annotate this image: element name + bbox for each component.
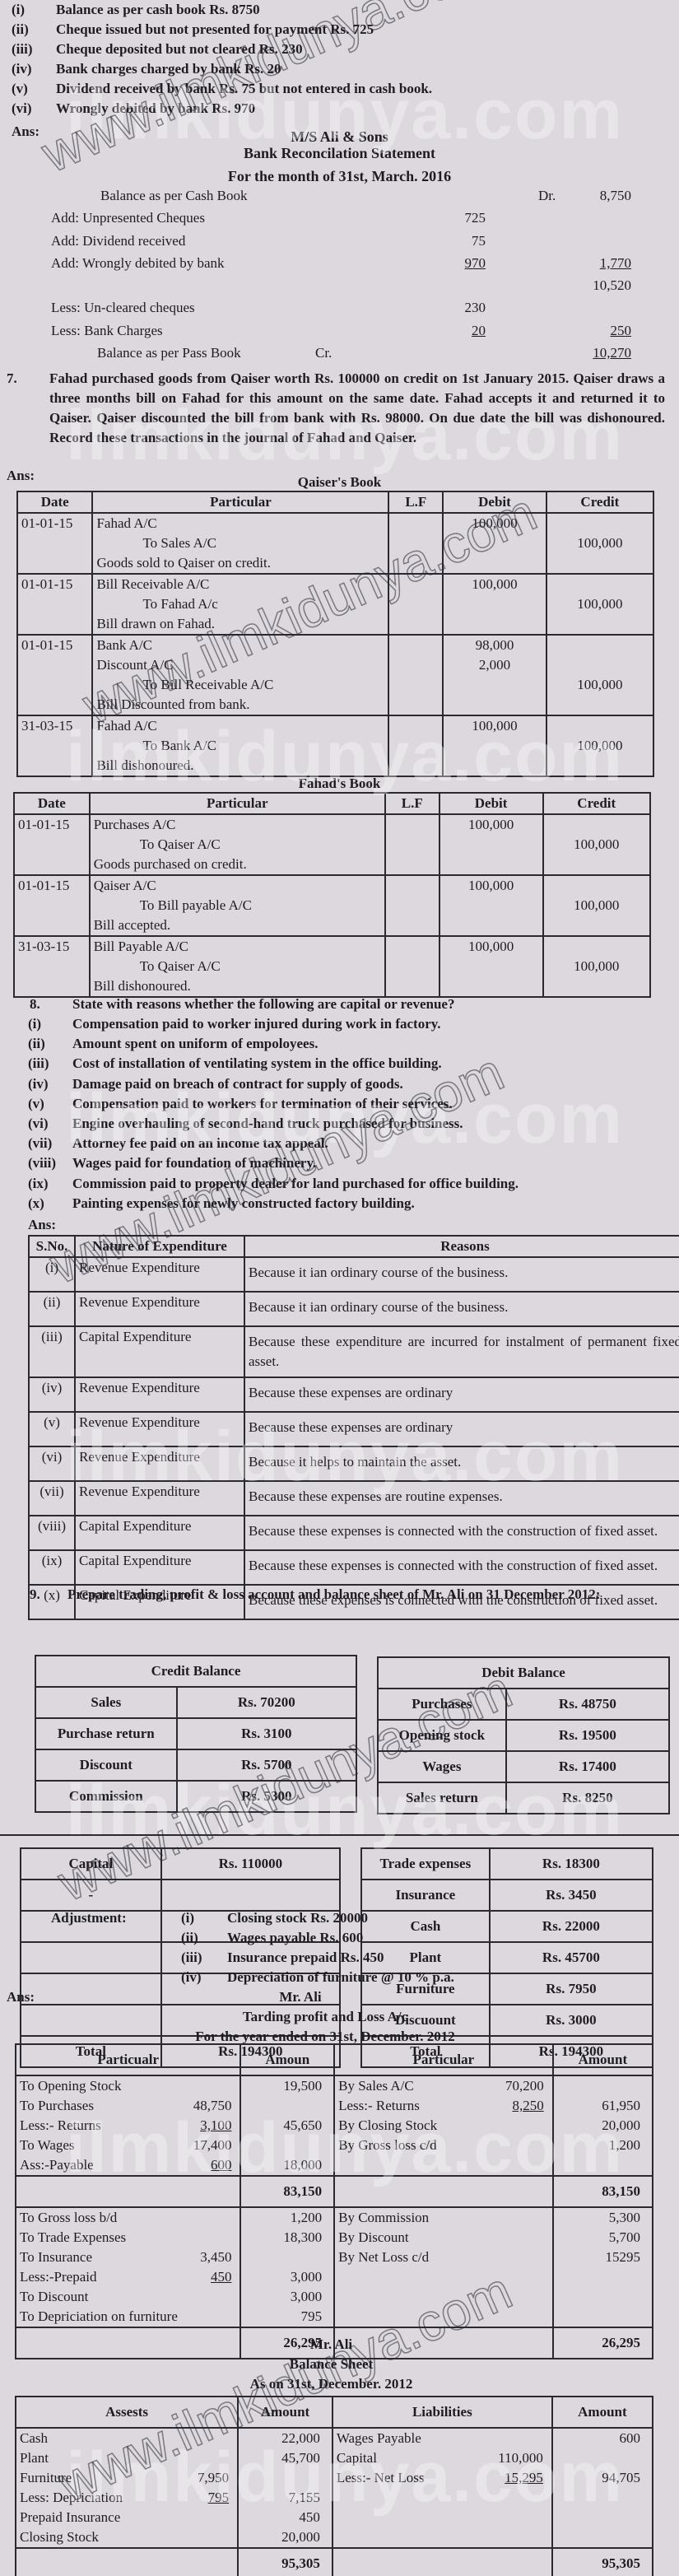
debit-value — [444, 915, 539, 935]
particular-line: To Wages17,400 — [20, 2136, 236, 2155]
item-text: Cost of installation of ventilating syst… — [72, 1054, 442, 1074]
journal-entry-row: 31-03-15Bill Payable A/CTo Qaiser A/CBil… — [14, 936, 650, 997]
debit-value — [447, 675, 542, 695]
amount-value: 18,300 — [244, 2228, 322, 2248]
debit-value: 100,000 — [447, 716, 542, 736]
balance-amount: Rs. 3100 — [177, 1718, 356, 1749]
sub-amount: 8,250 — [512, 2096, 543, 2116]
particular-line: Plant — [20, 2448, 234, 2468]
list-item: (vii)Attorney fee paid on an income tax … — [28, 1134, 670, 1153]
nature-of-expenditure: Revenue Expenditure — [75, 1292, 244, 1326]
expenditure-row: (i)Revenue ExpenditureBecause it ian ord… — [29, 1257, 679, 1292]
amount-value: 18,000 — [244, 2155, 322, 2175]
adjustment-label: Adjustment: — [51, 1908, 127, 1928]
row-label: Balance as per Cash Book — [100, 188, 247, 204]
row-amount: 8,750 — [600, 188, 631, 204]
amount-value: 61,950 — [557, 2096, 640, 2116]
col-header: Amount — [238, 2397, 333, 2428]
entry-date: 31-03-15 — [14, 936, 90, 997]
item-number: (i) — [181, 1908, 222, 1928]
credit-value — [551, 575, 649, 594]
amount-value — [557, 2307, 640, 2327]
amount-value: 1,200 — [557, 2136, 640, 2155]
amount-value: 5,300 — [557, 2208, 640, 2228]
entry-debit: 100,000 — [443, 574, 546, 635]
balance-amount: Rs. 5700 — [177, 1749, 356, 1781]
list-item: (iv)Damage paid on breach of contract fo… — [28, 1074, 670, 1094]
debit-value: 100,000 — [444, 937, 539, 957]
expenditure-row: (vii)Revenue ExpenditureBecause these ex… — [29, 1481, 679, 1516]
col-header: Particular — [92, 491, 388, 513]
col-header: Credit — [546, 491, 653, 513]
list-item: (ii)Cheque issued but not presented for … — [12, 20, 670, 40]
col-header: Assests — [16, 2397, 238, 2428]
particular-label: To Insurance — [20, 2249, 92, 2265]
item-text: Cheque issued but not presented for paym… — [56, 20, 374, 40]
particular-line: To Bill Receivable A/C — [96, 675, 384, 695]
journal-entry-row: 01-01-15Qaiser A/CTo Bill payable A/CBil… — [14, 875, 650, 936]
particular-label: Less:- Returns — [20, 2117, 101, 2133]
row-sub-amount: 230 — [465, 300, 486, 316]
particular-label: By Gross loss c/d — [338, 2137, 436, 2153]
bs-title: Balance Sheet — [0, 2355, 663, 2374]
amount-value: 20,000 — [242, 2527, 320, 2547]
entry-particulars: Purchases A/CTo Qaiser A/CGoods purchase… — [90, 814, 385, 875]
credit-value: 100,000 — [551, 594, 649, 614]
entry-ledger-folio — [385, 875, 439, 936]
serial-number: (viii) — [29, 1516, 75, 1550]
particular-line: Ass:-Payable600 — [20, 2155, 236, 2175]
debit-value: 98,000 — [447, 636, 542, 655]
item-number: (iv) — [12, 59, 53, 79]
debit-value — [447, 695, 542, 715]
list-item: (v)Dividend received by bank Rs. 75 but … — [12, 79, 670, 99]
debit-value: 100,000 — [444, 876, 539, 896]
col-header: Credit — [543, 793, 650, 814]
amount-value: 15295 — [557, 2248, 640, 2267]
amount-value — [244, 2248, 322, 2267]
reason: Because these expenses are ordinary — [244, 1412, 679, 1446]
entry-particulars: Bank A/CDiscount A/CTo Bill Receivable A… — [92, 635, 388, 715]
amount-value — [556, 2508, 640, 2527]
entry-ledger-folio — [388, 715, 443, 776]
list-item: (vi)Engine overhauling of second-hand tr… — [28, 1114, 670, 1134]
credit-value — [551, 695, 649, 715]
col-header: Amoun — [240, 2044, 334, 2075]
entry-date: 31-03-15 — [17, 715, 92, 776]
particulars-cell: By CommissionBy DiscountBy Net Loss c/d — [334, 2207, 553, 2327]
t-account-table: ParticualrAmounParticularAmountTo Openin… — [15, 2043, 653, 2359]
t-account-section: To Opening StockTo Purchases48,750Less:-… — [16, 2075, 653, 2176]
document-page: (i)Balance as per cash book Rs. 8750(ii)… — [0, 0, 679, 2576]
particular-line: To Qaiser A/C — [94, 957, 381, 976]
credit-value — [551, 716, 649, 736]
col-header: S.No. — [29, 1236, 75, 1257]
balance-amount: Rs. 8250 — [506, 1782, 669, 1814]
total-left: 95,305 — [238, 2548, 333, 2576]
bank-reconciliation-statement: Balance as per Cash BookDr.8,750Add: Unp… — [0, 188, 679, 366]
row-sub-amount: 970 — [465, 255, 486, 272]
journal-entry-row: 01-01-15Bank A/CDiscount A/CTo Bill Rece… — [17, 635, 653, 715]
sub-amount: 15,295 — [505, 2468, 543, 2488]
entry-ledger-folio — [388, 513, 443, 574]
item-number: (i) — [28, 1014, 69, 1034]
balance-account: Purchases — [378, 1689, 506, 1720]
particular-line: Fahad A/C — [96, 514, 384, 533]
debit-value — [447, 553, 542, 573]
list-item: (iv)Depreciation of furniture @ 10 % p.a… — [181, 1968, 593, 1987]
particulars-cell: By Sales A/C70,200Less:- Returns8,250By … — [334, 2075, 553, 2176]
balance-amount: Rs. 70200 — [177, 1687, 356, 1718]
particular-label: Ass:-Payable — [20, 2157, 94, 2173]
particular-line — [338, 2267, 549, 2287]
item-text: Engine overhauling of second-hand truck … — [72, 1114, 463, 1134]
particular-line — [337, 2527, 548, 2547]
particular-label: By Net Loss c/d — [338, 2249, 429, 2265]
list-item: (i)Compensation paid to worker injured d… — [28, 1014, 670, 1034]
particular-line: To Trade Expenses — [20, 2228, 236, 2248]
credit-value — [551, 636, 649, 655]
amount-value: 3,000 — [244, 2287, 322, 2307]
row-side: Dr. — [538, 188, 556, 204]
particular-line: Less: Depriciation795 — [20, 2488, 234, 2508]
entry-debit: 100,000 — [443, 715, 546, 776]
blank-cell — [16, 2548, 238, 2576]
debit-value — [444, 957, 539, 976]
list-item: (v)Compensation paid to workers for term… — [28, 1094, 670, 1114]
amount-value — [557, 2287, 640, 2307]
balance-row: SalesRs. 70200 — [35, 1687, 356, 1718]
particular-label: Wages Payable — [337, 2430, 421, 2446]
nature-of-expenditure: Revenue Expenditure — [75, 1446, 244, 1481]
credit-value: 100,000 — [551, 736, 649, 756]
balance-amount — [161, 1880, 340, 1911]
entry-ledger-folio — [388, 635, 443, 715]
item-text: Damage paid on breach of contract for su… — [72, 1074, 403, 1094]
debit-value: 100,000 — [444, 815, 539, 835]
col-header: Date — [14, 793, 90, 814]
item-number: (iii) — [28, 1054, 69, 1074]
credit-value — [551, 514, 649, 533]
balance-row: DiscountRs. 5700 — [35, 1749, 356, 1781]
amount-value: 795 — [244, 2307, 322, 2327]
particular-line: Capital110,000 — [337, 2448, 548, 2468]
item-number: (ix) — [28, 1174, 69, 1194]
particular-line: Discount A/C — [96, 655, 384, 675]
col-header: Debit — [439, 793, 543, 814]
row-label: Add: Wrongly debited by bank — [51, 255, 225, 272]
list-item: (iii)Cheque deposited but not cleared Rs… — [12, 40, 670, 59]
table-header-row: DateParticularL.FDebitCredit — [14, 793, 650, 814]
balance-account: Sales — [35, 1687, 177, 1718]
particular-label: By Sales A/C — [338, 2078, 414, 2094]
row-sub-amount: 75 — [472, 233, 486, 249]
item-number: (i) — [12, 0, 53, 20]
particular-line: Fahad A/C — [96, 716, 384, 736]
col-header: Nature of Expenditure — [75, 1236, 244, 1257]
table-title: Credit Balance — [35, 1656, 356, 1687]
particular-line: To Depriciation on furniture — [20, 2307, 236, 2327]
sub-amount: 7,950 — [198, 2468, 229, 2488]
credit-value — [551, 756, 649, 776]
particular-line: Closing Stock — [20, 2527, 234, 2547]
credit-value: 100,000 — [547, 896, 646, 915]
particular-line — [338, 2155, 549, 2175]
t-account-header: ParticualrAmounParticularAmount — [16, 2044, 653, 2075]
particular-label: Plant — [20, 2450, 49, 2466]
item-number: (vi) — [28, 1114, 69, 1134]
credit-value — [547, 976, 646, 996]
balance-account — [21, 1973, 161, 2005]
serial-number: (iii) — [29, 1326, 75, 1377]
amount-value: 94,705 — [556, 2468, 640, 2488]
particular-label: To Discount — [20, 2289, 88, 2304]
entry-date: 01-01-15 — [14, 875, 90, 936]
credit-value — [547, 855, 646, 874]
list-item: (ii)Wages payable Rs. 600 — [181, 1928, 593, 1948]
reason: Because it ian ordinary course of the bu… — [244, 1292, 679, 1326]
credit-balance-table: Credit BalanceSalesRs. 70200Purchase ret… — [35, 1655, 357, 1813]
particular-line: Bill accepted. — [94, 915, 381, 935]
item-number: (ii) — [12, 20, 53, 40]
particular-label: Less:- Net Loss — [337, 2470, 425, 2485]
balance-account: - — [21, 1880, 161, 1911]
balance-account: Sales return — [378, 1782, 506, 1814]
amount-value — [242, 2468, 320, 2488]
entry-debit: 100,000 — [439, 875, 543, 936]
entry-particulars: Fahad A/CTo Sales A/CGoods sold to Qaise… — [92, 513, 388, 574]
credit-value — [551, 614, 649, 634]
amount-value — [557, 2267, 640, 2287]
particular-label: To Wages — [20, 2137, 75, 2153]
nature-of-expenditure: Capital Expenditure — [75, 1550, 244, 1585]
particular-line: By Discount — [338, 2228, 549, 2248]
balance-amount: Rs. 3450 — [490, 1880, 653, 1911]
item-number: (iv) — [181, 1968, 222, 1987]
credit-value — [547, 937, 646, 957]
amount-cell: 19,50045,65018,000 — [240, 2075, 334, 2176]
row-sub-amount: 725 — [465, 210, 486, 226]
particular-line: By Commission — [338, 2208, 549, 2228]
q6-statement-period: For the month of 31st, March. 2016 — [0, 166, 679, 186]
reason: Because it helps to maintain the asset. — [244, 1446, 679, 1481]
journal-entry-row: 31-03-15Fahad A/CTo Bank A/CBill dishono… — [17, 715, 653, 776]
balance-amount: Rs. 48750 — [506, 1689, 669, 1720]
item-number: (vii) — [28, 1134, 69, 1153]
amount-value — [244, 2096, 322, 2116]
amount-value — [557, 2155, 640, 2175]
amount-value: 1,200 — [244, 2208, 322, 2228]
particular-label: By Discount — [338, 2229, 408, 2245]
t-account-table: AssestsAmountLiabilitiesAmountCashPlantF… — [15, 2396, 653, 2576]
particular-line: Prepaid Insurance — [20, 2508, 234, 2527]
entry-date: 01-01-15 — [17, 513, 92, 574]
q9-question: Prepare trading, profit & loss account a… — [67, 1585, 679, 1605]
item-text: Compensation paid to worker injured duri… — [72, 1014, 441, 1034]
debit-value: 100,000 — [447, 514, 542, 533]
row-amount: 10,270 — [593, 345, 631, 361]
particulars-cell: CashPlantFurniture7,950Less: Depriciatio… — [16, 2428, 238, 2548]
row-label: Balance as per Pass Book — [97, 345, 241, 361]
row-label: Less: Un-cleared cheques — [51, 300, 195, 316]
particular-line: By Sales A/C70,200 — [338, 2076, 549, 2096]
particular-line: Cash — [20, 2429, 234, 2448]
expenditure-table: S.No.Nature of ExpenditureReasons(i)Reve… — [28, 1235, 679, 1620]
balance-account: Opening stock — [378, 1720, 506, 1751]
nature-of-expenditure: Capital Expenditure — [75, 1516, 244, 1550]
col-header: L.F — [385, 793, 439, 814]
credit-value — [547, 815, 646, 835]
balance-row: PurchasesRs. 48750 — [378, 1689, 669, 1720]
statement-row: Balance as per Cash BookDr.8,750 — [0, 188, 679, 210]
qaiser-book-title: Qaiser's Book — [0, 473, 679, 492]
entry-credit: 100,000 — [543, 936, 650, 997]
debit-value — [444, 835, 539, 855]
debit-value — [447, 594, 542, 614]
col-header: Liabilities — [333, 2397, 552, 2428]
amount-value — [556, 2488, 640, 2508]
row-side: Cr. — [315, 345, 332, 361]
item-number: (iv) — [28, 1074, 69, 1094]
sub-amount: 70,200 — [505, 2076, 544, 2096]
entry-credit: 100,000 — [546, 513, 653, 574]
entry-ledger-folio — [385, 936, 439, 997]
sub-amount: 600 — [211, 2155, 232, 2175]
total-row: 95,30595,305 — [16, 2548, 653, 2576]
blank-cell — [16, 2176, 240, 2207]
particular-label: Furniture — [20, 2470, 72, 2485]
particular-line: Purchases A/C — [94, 815, 381, 835]
balance-row: CapitalRs. 110000 — [21, 1848, 340, 1880]
entry-credit: 100,000 — [546, 715, 653, 776]
particular-line: To Qaiser A/C — [94, 835, 381, 855]
list-item: (i)Balance as per cash book Rs. 8750 — [12, 0, 670, 20]
debit-value — [447, 533, 542, 553]
particular-line: To Sales A/C — [96, 533, 384, 553]
amount-cell: 60094,705 — [552, 2428, 653, 2548]
adjustments-list: (i)Closing stock Rs. 20000(ii)Wages paya… — [181, 1908, 593, 1987]
particular-label: Less:- Returns — [338, 2098, 420, 2113]
bs-period: As on 31st, December. 2012 — [0, 2374, 663, 2394]
sub-amount: 110,000 — [498, 2448, 543, 2468]
amount-value — [556, 2448, 640, 2468]
amount-value: 3,000 — [244, 2267, 322, 2287]
item-text: Balance as per cash book Rs. 8750 — [56, 0, 260, 20]
q7-number: 7. — [7, 369, 17, 389]
balance-row: - — [21, 1880, 340, 1911]
row-amount: 250 — [611, 323, 632, 339]
balance-row: Opening stockRs. 19500 — [378, 1720, 669, 1751]
particular-line: Bill Discounted from bank. — [96, 695, 384, 715]
amount-value: 45,650 — [244, 2116, 322, 2136]
statement-row: Add: Wrongly debited by bank9701,770 — [0, 255, 679, 277]
credit-value: 100,000 — [547, 835, 646, 855]
entry-credit: 100,000 — [546, 635, 653, 715]
balance-row: WagesRs. 17400 — [378, 1751, 669, 1782]
col-header: Particular — [334, 2044, 553, 2075]
item-text: Attorney fee paid on an income tax appea… — [72, 1134, 328, 1153]
amount-value: 19,500 — [244, 2076, 322, 2096]
particulars-cell: To Opening StockTo Purchases48,750Less:-… — [16, 2075, 240, 2176]
balance-row: Sales returnRs. 8250 — [378, 1782, 669, 1814]
balance-row: InsuranceRs. 3450 — [361, 1880, 653, 1911]
particular-line: Less:-Prepaid450 — [20, 2267, 236, 2287]
credit-value: 100,000 — [551, 533, 649, 553]
serial-number: (vi) — [29, 1446, 75, 1481]
amount-value: 7,155 — [242, 2488, 320, 2508]
item-text: Depreciation of furniture @ 10 % p.a. — [227, 1968, 454, 1987]
item-text: Closing stock Rs. 20000 — [227, 1908, 368, 1928]
table-title-row: Credit Balance — [35, 1656, 356, 1687]
col-header: Particualr — [16, 2044, 240, 2075]
expenditure-row: (v)Revenue ExpenditureBecause these expe… — [29, 1412, 679, 1446]
divider — [0, 1834, 679, 1836]
balance-amount: Rs. 110000 — [161, 1848, 340, 1880]
amount-cell: 22,00045,7007,15545020,000 — [238, 2428, 333, 2548]
particular-line: Bill Payable A/C — [94, 937, 381, 957]
particular-label: Less:-Prepaid — [20, 2269, 96, 2285]
balance-account: Capital — [21, 1848, 161, 1880]
list-item: (ii)Amount spent on uniform of empoloyee… — [28, 1034, 670, 1054]
list-item: (iii)Cost of installation of ventilating… — [28, 1054, 670, 1074]
t-account-section: To Gross loss b/dTo Trade ExpensesTo Ins… — [16, 2207, 653, 2327]
item-text: Insurance prepaid Rs. 450 — [227, 1948, 384, 1968]
particular-label: Capital — [337, 2450, 377, 2466]
item-number: (v) — [28, 1094, 69, 1114]
particular-line: To Purchases48,750 — [20, 2096, 236, 2116]
statement-row: Balance as per Pass BookCr.10,270 — [0, 345, 679, 366]
list-item: (x)Painting expenses for newly construct… — [28, 1194, 670, 1213]
sub-amount: 795 — [208, 2488, 230, 2508]
total-right: 95,305 — [552, 2548, 653, 2576]
balance-row: CommissionRs. 5300 — [35, 1781, 356, 1812]
item-text: Painting expenses for newly constructed … — [72, 1194, 415, 1213]
statement-row: Less: Un-cleared cheques230 — [0, 300, 679, 322]
total-left: 83,150 — [240, 2176, 334, 2207]
item-text: Wrongly debited by bank Rs. 970 — [56, 99, 255, 119]
table-title: Debit Balance — [378, 1657, 669, 1689]
journal-entry-row: 01-01-15Bill Receivable A/CTo Fahad A/cB… — [17, 574, 653, 635]
particular-label: Prepaid Insurance — [20, 2509, 120, 2525]
table-header-row: S.No.Nature of ExpenditureReasons — [29, 1236, 679, 1257]
amount-value: 450 — [242, 2508, 320, 2527]
list-item: (ix)Commission paid to property dealer f… — [28, 1174, 670, 1194]
particular-line: Goods sold to Qaiser on credit. — [96, 553, 384, 573]
entry-date: 01-01-15 — [17, 574, 92, 635]
particular-line: Goods purchased on credit. — [94, 855, 381, 874]
q9-number: 9. — [30, 1585, 40, 1605]
sub-amount: 3,450 — [200, 2248, 231, 2267]
list-item: (vi)Wrongly debited by bank Rs. 970 — [12, 99, 670, 119]
statement-row: 10,520 — [0, 277, 679, 300]
list-item: (iv)Bank charges charged by bank Rs. 20 — [12, 59, 670, 79]
serial-number: (v) — [29, 1412, 75, 1446]
balance-amount: Rs. 17400 — [506, 1751, 669, 1782]
statement-row: Less: Bank Charges20250 — [0, 323, 679, 345]
expenditure-row: (vi)Revenue ExpenditureBecause it helps … — [29, 1446, 679, 1481]
item-text: Cheque deposited but not cleared Rs. 230 — [56, 40, 303, 59]
entry-debit: 98,0002,000 — [443, 635, 546, 715]
entry-credit: 100,000 — [543, 875, 650, 936]
debit-value — [444, 896, 539, 915]
particular-label: Less: Depriciation — [20, 2490, 123, 2505]
reason: Because these expenses are ordinary — [244, 1377, 679, 1412]
sub-amount: 48,750 — [193, 2096, 232, 2116]
particular-line: Bill dishonoured. — [96, 756, 384, 776]
particular-line: Bill Receivable A/C — [96, 575, 384, 594]
expenditure-row: (iv)Revenue ExpenditureBecause these exp… — [29, 1377, 679, 1412]
credit-value: 100,000 — [551, 675, 649, 695]
